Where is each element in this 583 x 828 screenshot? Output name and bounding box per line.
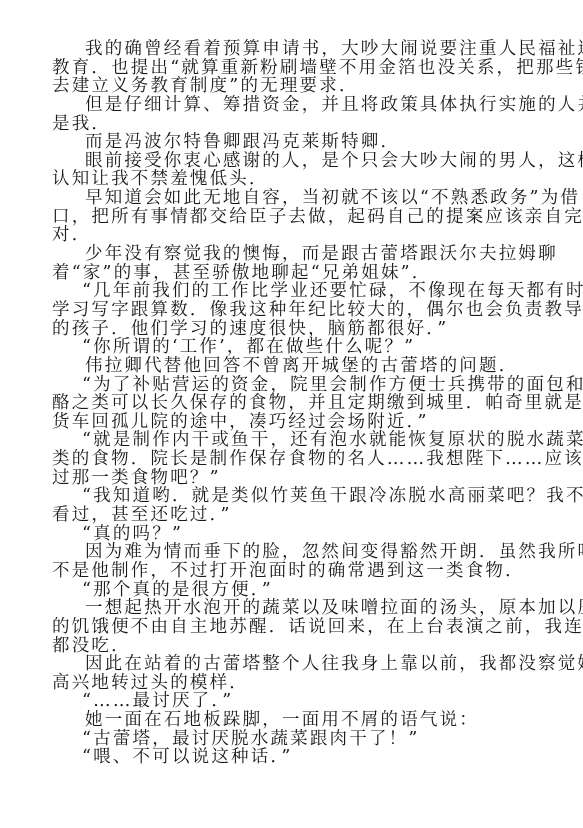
text-line: 的饥饿便不由自主地苏醒．话说回来，在上台表演之前，我连午餐 — [52, 618, 532, 637]
text-line: 都没吃． — [52, 637, 532, 656]
text-line: 酪之类可以长久保存的食物，并且定期缴到城里．帕奇里就是在推 — [52, 394, 532, 413]
text-line: “……最讨厌了．” — [52, 692, 532, 711]
text-line: “我知道哟．就是类似竹荚鱼干跟冷冻脱水高丽菜吧？我不仅 — [52, 487, 532, 506]
text-line: “就是制作内干或鱼干，还有泡水就能恢复原状的脱水蔬菜之 — [52, 431, 532, 450]
text-line: 但是仔细计算、筹措资金，并且将政策具体执行实施的人并不 — [52, 96, 532, 115]
text-line: 看过，甚至还吃过．” — [52, 506, 532, 525]
text-line: 的孩子．他们学习的速度很快，脑筋都很好．” — [52, 320, 532, 339]
text-line: 认知让我不禁羞愧低头． — [52, 170, 532, 189]
document-page: 我的确曾经看着预算申请书，大吵大闹说要注重人民福祉还有 教育．也提出“就算重新粉… — [0, 0, 583, 828]
text-line: 是我． — [52, 115, 532, 134]
text-line: 少年没有察觉我的懊悔，而是跟古蕾塔跟沃尔夫拉姆聊 — [52, 245, 532, 264]
text-line: 一想起热开水泡开的蔬菜以及味噌拉面的汤头，原本加以压抑 — [52, 599, 532, 618]
text-line: 眼前接受你衷心感谢的人，是个只会大吵大闹的男人，这样的 — [52, 152, 532, 171]
text-line: 早知道会如此无地自容，当初就不该以“不熟悉政务”为借 — [52, 189, 532, 208]
text-line: 对． — [52, 226, 532, 245]
text-line: “为了补贴营运的资金，院里会制作方便士兵携带的面包和乳 — [52, 376, 532, 395]
text-line: 而是冯波尔特鲁卿跟冯克莱斯特卿． — [52, 133, 532, 152]
text-line: 因为难为情而垂下的脸，忽然间变得豁然开朗．虽然我所吃的 — [52, 543, 532, 562]
text-line: “真的吗？” — [52, 525, 532, 544]
text-line: 她一面在石地板跺脚，一面用不屑的语气说： — [52, 711, 532, 730]
text-line: “你所谓的‘工作’，都在做些什么呢？” — [52, 338, 532, 357]
text-line: “那个真的是很方便．” — [52, 581, 532, 600]
text-line: 学习写字跟算数．像我这种年纪比较大的，偶尔也会负责教导较小 — [52, 301, 532, 320]
text-line: 我的确曾经看着预算申请书，大吵大闹说要注重人民福祉还有 — [52, 40, 532, 59]
text-line: 货车回孤儿院的途中，凑巧经过会场附近．” — [52, 413, 532, 432]
text-line: 口，把所有事情都交给臣子去做，起码自己的提案应该亲自完成才 — [52, 208, 532, 227]
text-line: 过那一类食物吧？” — [52, 469, 532, 488]
text-line: “几年前我们的工作比学业还要忙碌，不像现在每天都有时间 — [52, 282, 532, 301]
text-line: 不是他制作，不过打开泡面时的确常遇到这一类食物． — [52, 562, 532, 581]
text-line: 因此在站着的古蕾塔整个人往我身上靠以前，我都没察觉她不 — [52, 655, 532, 674]
body-text: 我的确曾经看着预算申请书，大吵大闹说要注重人民福祉还有 教育．也提出“就算重新粉… — [52, 40, 532, 767]
text-line: “古蕾塔，最讨厌脱水蔬菜跟肉干了！” — [52, 730, 532, 749]
text-line: 类的食物．院长是制作保存食物的名人……我想陛下……应该没看 — [52, 450, 532, 469]
text-line: 着“家”的事，甚至骄傲地聊起“兄弟姐妹”． — [52, 264, 532, 283]
text-line: 伟拉卿代替他回答不曾离开城堡的古蕾塔的问题． — [52, 357, 532, 376]
text-line: 去建立义务教育制度”的无理要求． — [52, 77, 532, 96]
text-line: 高兴地转过头的模样． — [52, 674, 532, 693]
text-line: “喂、不可以说这种话．” — [52, 748, 532, 767]
text-line: 教育．也提出“就算重新粉刷墙壁不用金箔也没关系，把那些钱挪 — [52, 59, 532, 78]
